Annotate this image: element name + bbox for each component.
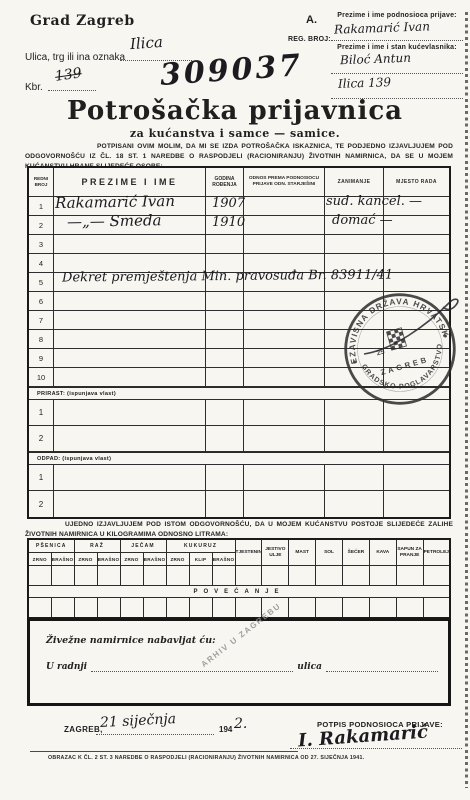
supplies-data-row: [28, 566, 450, 586]
supply-cell: [369, 566, 396, 586]
supply-cell: [74, 598, 97, 619]
row5-note-handwriting: Dekret premještenja Min. pravosuđa Br. 8…: [62, 269, 393, 285]
kbr-label: Kbr.: [25, 82, 43, 93]
table-cell: [325, 491, 384, 517]
table-cell: [206, 235, 244, 253]
group-jecam: JEČAM: [120, 539, 166, 553]
supply-cell: [120, 598, 143, 619]
table-cell: [54, 368, 206, 386]
table-cell: [244, 235, 325, 253]
shop-box-intro: Živežne namirnice nabavljat ću:: [46, 635, 216, 646]
table-cell: [244, 426, 325, 451]
header-zanimanje: ZANIMANJE: [325, 168, 384, 196]
table-cell: [244, 400, 325, 425]
table-cell: [54, 426, 206, 451]
reg-number-label: REG. BROJ:: [288, 36, 331, 43]
table-cell: [384, 235, 449, 253]
supplies-table: PŠENICA RAŽ JEČAM KUKURUZ TJESTENINE JES…: [27, 538, 451, 619]
table-cell: [384, 465, 449, 490]
supply-cell: [262, 566, 289, 586]
col-secer: ŠEĆER: [342, 539, 369, 566]
header-redni-broj: REDNI BROJ: [29, 168, 54, 196]
table-cell: [206, 426, 244, 451]
row-number: 1: [29, 465, 54, 490]
supply-cell: [212, 566, 235, 586]
group-kukuruz: KUKURUZ: [166, 539, 235, 553]
supply-cell: [423, 566, 450, 586]
row-number: 4: [29, 254, 54, 272]
table-cell: [206, 292, 244, 310]
shop-line: U radnji ulica: [46, 661, 438, 672]
row-number: 2: [29, 426, 54, 451]
table-cell: [206, 491, 244, 517]
table-cell: [325, 235, 384, 253]
supply-cell: [120, 566, 143, 586]
supply-cell: [74, 566, 97, 586]
group-raz: RAŽ: [74, 539, 120, 553]
supply-cell: [28, 598, 51, 619]
year-handwriting: 2.: [234, 717, 247, 731]
table-cell: [325, 426, 384, 451]
supply-cell: [316, 566, 343, 586]
table-cell: [206, 368, 244, 386]
table-cell: [244, 330, 325, 348]
header-mjesto-rada: MJESTO RADA: [384, 168, 449, 196]
sub-brasno: BRAŠNO: [97, 553, 120, 566]
table-cell: [206, 400, 244, 425]
kbr-handwriting: 139: [54, 66, 82, 84]
row-number: 10: [29, 368, 54, 386]
table-cell: [244, 216, 325, 234]
table-cell: [206, 465, 244, 490]
supply-cell: [342, 566, 369, 586]
owner-handwriting: Biloć Antun: [340, 52, 411, 66]
supply-cell: [143, 598, 166, 619]
city-title: Grad Zagreb: [30, 13, 135, 29]
row2-name-handwriting: —„— Smeda: [67, 213, 162, 230]
supply-cell: [189, 566, 212, 586]
table-cell: [244, 292, 325, 310]
row-number: 7: [29, 311, 54, 329]
row-number: 6: [29, 292, 54, 310]
sub-brasno: BRAŠNO: [143, 553, 166, 566]
applicant-label: Prezime i ime podnosioca prijave:: [331, 12, 463, 19]
sub-klip: KLIP: [189, 553, 212, 566]
group-psenica: PŠENICA: [28, 539, 74, 553]
table-cell: [206, 330, 244, 348]
sub-zrno: ZRNO: [28, 553, 51, 566]
row1-occupation-handwriting: sud. kancel. —: [326, 195, 422, 208]
supply-cell: [143, 566, 166, 586]
supply-cell: [97, 566, 120, 586]
supply-cell: [289, 598, 316, 619]
col-jestivo-ulje: JESTIVO ULJE: [262, 539, 289, 566]
shop-street-line: [326, 661, 438, 672]
col-tjestenine: TJESTENINE: [235, 539, 262, 566]
date-handwriting: 21 siječnja: [100, 712, 177, 730]
table-cell: [206, 349, 244, 367]
supply-cell: [166, 598, 189, 619]
scanned-form-page: Grad Zagreb A. REG. BROJ: Prezime i ime …: [0, 0, 470, 800]
sub-zrno: ZRNO: [120, 553, 143, 566]
supply-cell: [51, 598, 74, 619]
odpad-section-label: ODPAD: (ispunjava vlast): [29, 452, 449, 465]
row-number: 3: [29, 235, 54, 253]
table-row: 3: [29, 235, 449, 254]
table-cell: [244, 368, 325, 386]
form-subtitle: za kućanstva i samce — samice.: [0, 127, 470, 140]
supply-cell: [166, 566, 189, 586]
row1-name-handwriting: Rakamarić Ivan: [55, 194, 175, 211]
perforation-edge: [465, 12, 468, 788]
row-number: 8: [29, 330, 54, 348]
sub-zrno: ZRNO: [166, 553, 189, 566]
header-odnos: ODNOS PREMA PODNOSIOCU PRIJAVE ODN. STAR…: [244, 168, 325, 196]
street-label-box: ulica: [297, 662, 322, 672]
supplies-group-header-row: PŠENICA RAŽ JEČAM KUKURUZ TJESTENINE JES…: [28, 539, 450, 553]
table-cell: [244, 349, 325, 367]
table-cell: [384, 216, 449, 234]
table-cell: [54, 400, 206, 425]
supply-cell: [51, 566, 74, 586]
row2-year-handwriting: 1910: [212, 216, 245, 229]
table-cell: [54, 235, 206, 253]
supply-cell: [396, 598, 423, 619]
row-number: 2: [29, 216, 54, 234]
supply-cell: [28, 566, 51, 586]
col-petrolej: PETROLEJ: [423, 539, 450, 566]
form-title: Potrošačka prijavnica: [0, 96, 470, 126]
supply-cell: [316, 598, 343, 619]
col-sapun: SAPUN ZA PRANJE: [396, 539, 423, 566]
street-handwriting: Ilica: [130, 35, 164, 52]
col-mast: MAST: [289, 539, 316, 566]
supply-cell: [369, 598, 396, 619]
year-printed: 194: [219, 725, 232, 734]
row-number: 9: [29, 349, 54, 367]
table-cell: [384, 254, 449, 272]
table-cell: [384, 491, 449, 517]
odpad-row: 1: [29, 465, 449, 491]
table-cell: [244, 197, 325, 215]
table-cell: [54, 330, 206, 348]
table-cell: [54, 292, 206, 310]
row1-year-handwriting: 1907: [212, 197, 245, 210]
shop-name-line: [91, 661, 293, 672]
povecanje-label: POVEĆANJE: [28, 586, 450, 598]
odpad-row: 2: [29, 491, 449, 517]
table-cell: [244, 465, 325, 490]
row-number: 1: [29, 197, 54, 215]
sub-brasno: BRAŠNO: [212, 553, 235, 566]
owner-label: Prezime i ime i stan kućevlasnika:: [331, 44, 463, 51]
handwritten-checkmark: [350, 286, 470, 366]
sub-zrno: ZRNO: [74, 553, 97, 566]
povecanje-row: POVEĆANJE: [28, 586, 450, 598]
shop-label: U radnji: [46, 662, 87, 672]
table-cell: [206, 311, 244, 329]
table-cell: [244, 491, 325, 517]
row2-occupation-handwriting: domać —: [332, 214, 393, 227]
row-number: 1: [29, 400, 54, 425]
table-cell: [384, 426, 449, 451]
supply-cell: [423, 598, 450, 619]
street-label: Ulica, trg ili ina oznaka: [25, 52, 125, 63]
table-cell: [54, 491, 206, 517]
applicant-handwriting: Rakamarić Ivan: [334, 20, 430, 35]
supply-cell: [342, 598, 369, 619]
supplies-data-row: [28, 598, 450, 619]
owner-address-handwriting: Ilica 139: [338, 76, 391, 90]
supply-cell: [189, 598, 212, 619]
row-number: 2: [29, 491, 54, 517]
col-kava: KAVA: [369, 539, 396, 566]
supply-cell: [396, 566, 423, 586]
header-godina: GODINA ROĐENJA: [206, 168, 244, 196]
footer-rule: [30, 751, 298, 752]
col-sol: SOL: [316, 539, 343, 566]
supply-cell: [97, 598, 120, 619]
table-cell: [325, 465, 384, 490]
prirast-row: 2: [29, 426, 449, 452]
section-letter: A.: [306, 14, 317, 26]
table-cell: [54, 465, 206, 490]
supply-cell: [212, 598, 235, 619]
table-cell: [54, 311, 206, 329]
table-cell: [54, 349, 206, 367]
table-cell: [244, 311, 325, 329]
row-number: 5: [29, 273, 54, 291]
reg-number-handwriting: 309037: [159, 51, 304, 91]
supply-cell: [235, 566, 262, 586]
form-footnote: OBRAZAC K ČL. 2 ST. 3 NAREDBE O RASPODJE…: [48, 755, 448, 761]
supply-cell: [289, 566, 316, 586]
sub-brasno: BRAŠNO: [51, 553, 74, 566]
